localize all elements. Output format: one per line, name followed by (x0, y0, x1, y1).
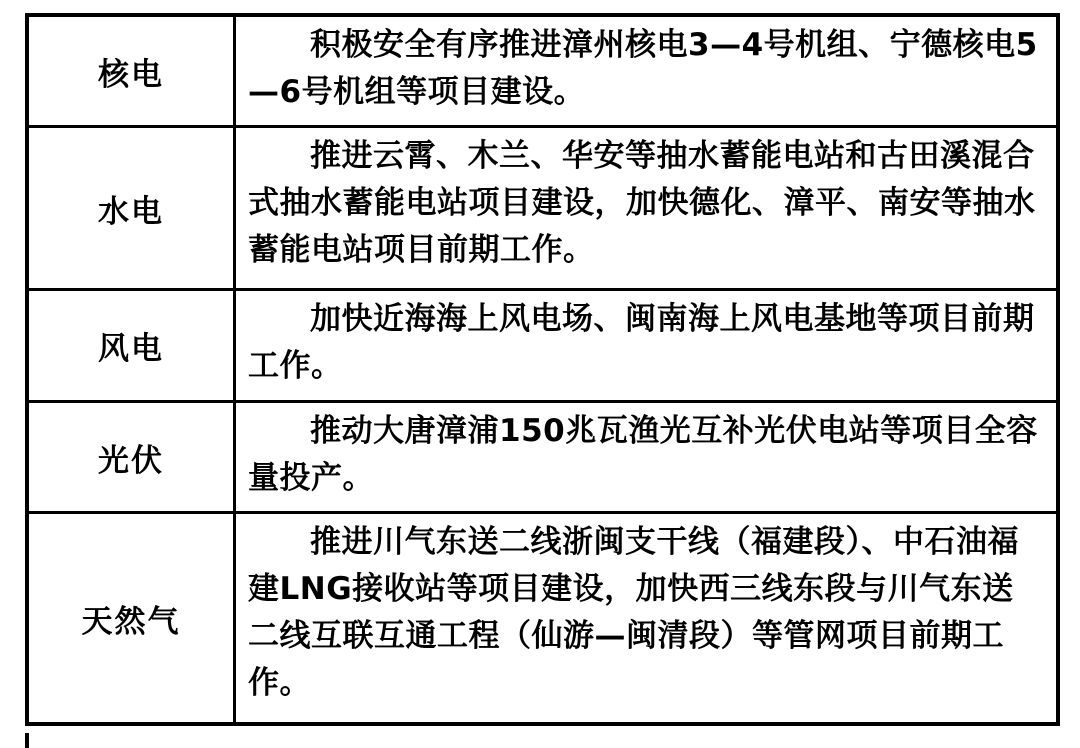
table-row-nuclear: 核电 积极安全有序推进漳州核电3—4号机组、宁德核电5—6号机组等项目建设。 (29, 17, 1056, 128)
description-cell: 推进川气东送二线浙闽支干线（福建段）、中石油福建LNG接收站等项目建设，加快西三… (236, 514, 1056, 722)
table-row-solar: 光伏 推动大唐漳浦150兆瓦渔光互补光伏电站等项目全容量投产。 (29, 403, 1056, 514)
description-cell: 推动大唐漳浦150兆瓦渔光互补光伏电站等项目全容量投产。 (236, 403, 1056, 511)
category-cell: 风电 (29, 291, 236, 400)
table-row-wind: 风电 加快近海海上风电场、闽南海上风电基地等项目前期工作。 (29, 291, 1056, 403)
description-cell: 加快近海海上风电场、闽南海上风电基地等项目前期工作。 (236, 291, 1056, 400)
description-cell: 积极安全有序推进漳州核电3—4号机组、宁德核电5—6号机组等项目建设。 (236, 17, 1056, 125)
category-cell: 核电 (29, 17, 236, 125)
document-page: 核电 积极安全有序推进漳州核电3—4号机组、宁德核电5—6号机组等项目建设。 水… (0, 0, 1080, 748)
category-cell: 水电 (29, 128, 236, 288)
category-cell: 天然气 (29, 514, 236, 722)
category-cell: 光伏 (29, 403, 236, 511)
table-row-gas: 天然气 推进川气东送二线浙闽支干线（福建段）、中石油福建LNG接收站等项目建设，… (29, 514, 1056, 722)
table-row-hydro: 水电 推进云霄、木兰、华安等抽水蓄能电站和古田溪混合式抽水蓄能电站项目建设，加快… (29, 128, 1056, 291)
description-cell: 推进云霄、木兰、华安等抽水蓄能电站和古田溪混合式抽水蓄能电站项目建设，加快德化、… (236, 128, 1056, 288)
energy-projects-table: 核电 积极安全有序推进漳州核电3—4号机组、宁德核电5—6号机组等项目建设。 水… (25, 13, 1060, 726)
table-border-continuation (25, 733, 29, 748)
